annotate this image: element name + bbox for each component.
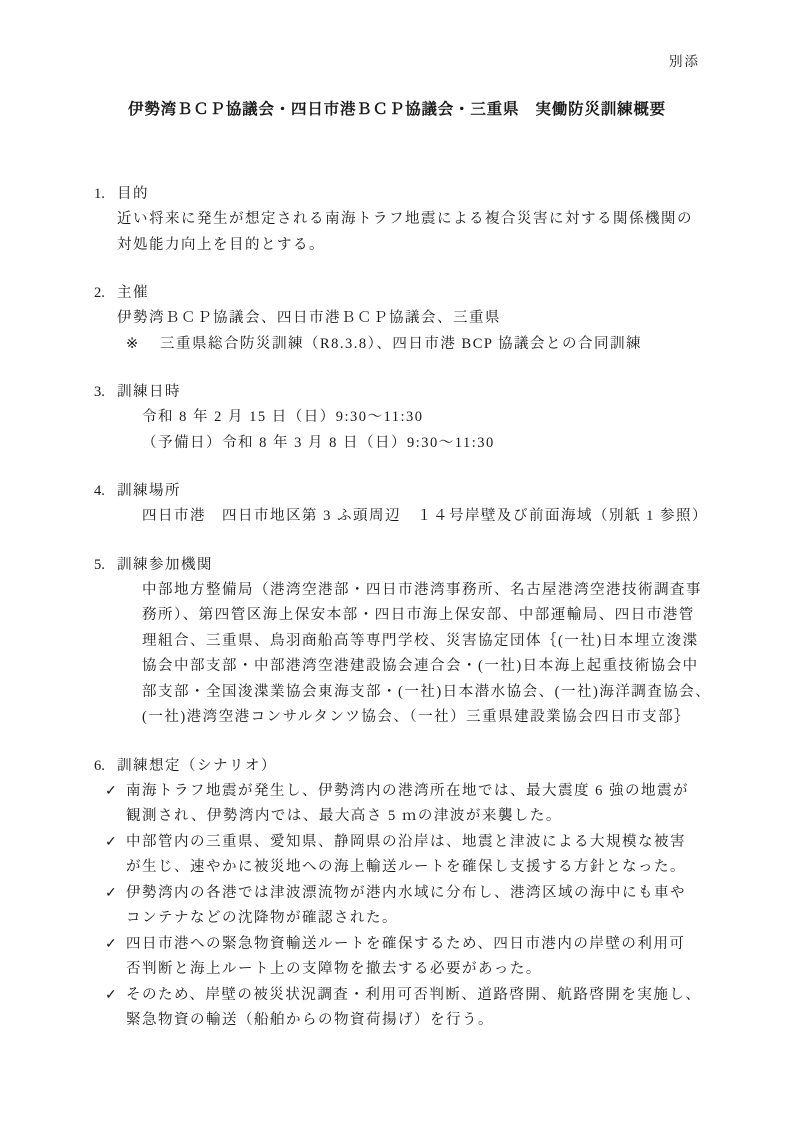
- checkmark-icon: ✓: [105, 779, 126, 830]
- section-organizer: 2. 主催 伊勢湾ＢＣＰ協議会、四日市港ＢＣＰ協議会、三重県 ※ 三重県総合防災…: [94, 280, 700, 357]
- section-number: 3.: [94, 379, 117, 405]
- bullet-text-line: 伊勢湾内の各港では津波漂流物が港内水域に分布し、港湾区域の海中にも車や: [126, 881, 700, 907]
- paragraph-line: 中部地方整備局（港湾空港部・四日市港湾事務所、名古屋港湾空港技術調査事: [142, 578, 700, 604]
- section-number: 4.: [94, 478, 117, 504]
- section-datetime: 3. 訓練日時 令和 8 年 2 月 15 日（日）9:30～11:30 （予備…: [94, 379, 700, 456]
- section-number: 1.: [94, 181, 117, 207]
- checkmark-icon: ✓: [105, 983, 126, 1034]
- paragraph-line: （予備日）令和 8 年 3 月 8 日（日）9:30～11:30: [142, 431, 700, 457]
- section-title: 訓練参加機関: [117, 552, 213, 578]
- paragraph-line: (一社)港湾空港コンサルタンツ協会、（一社）三重県建設業協会四日市支部｝: [142, 705, 700, 731]
- section-heading: 4. 訓練場所: [94, 478, 700, 504]
- paragraph-line: 部支部・全国浚渫業協会東海支部・(一社)日本潜水協会、(一社)海洋調査協会、: [142, 680, 700, 706]
- section-number: 5.: [94, 552, 117, 578]
- bullet-text: 四日市港への緊急物資輸送ルートを確保するため、四日市港内の岸壁の利用可 否判断と…: [126, 932, 700, 983]
- bullet-text: 伊勢湾内の各港では津波漂流物が港内水域に分布し、港湾区域の海中にも車や コンテナ…: [126, 881, 700, 932]
- scenario-bullet: ✓ 伊勢湾内の各港では津波漂流物が港内水域に分布し、港湾区域の海中にも車や コン…: [105, 881, 700, 932]
- section-heading: 2. 主催: [94, 280, 700, 306]
- bullet-text-line: そのため、岸壁の被災状況調査・利用可否判断、道路啓開、航路啓開を実施し、: [126, 983, 701, 1009]
- section-number: 2.: [94, 280, 117, 306]
- paragraph-line: 対処能力向上を目的とする。: [117, 233, 700, 259]
- section-participants: 5. 訓練参加機関 中部地方整備局（港湾空港部・四日市港湾事務所、名古屋港湾空港…: [94, 552, 700, 731]
- corner-label: 別添: [669, 50, 700, 70]
- bullet-text-line: 否判断と海上ルート上の支障物を撤去する必要があった。: [126, 957, 700, 983]
- scenario-bullet: ✓ 南海トラフ地震が発生し、伊勢湾内の港湾所在地では、最大震度 6 強の地震が …: [105, 779, 700, 830]
- scenario-bullet: ✓ 四日市港への緊急物資輸送ルートを確保するため、四日市港内の岸壁の利用可 否判…: [105, 932, 700, 983]
- bullet-text-line: コンテナなどの沈降物が確認された。: [126, 906, 700, 932]
- section-location: 4. 訓練場所 四日市港 四日市地区第 3 ふ頭周辺 １４号岸壁及び前面海域（別…: [94, 478, 700, 530]
- checkmark-icon: ✓: [105, 830, 126, 881]
- checkmark-icon: ✓: [105, 932, 126, 983]
- reference-mark-icon: ※: [126, 332, 160, 358]
- bullet-text: そのため、岸壁の被災状況調査・利用可否判断、道路啓開、航路啓開を実施し、 緊急物…: [126, 983, 701, 1034]
- bullet-text-line: 緊急物資の輸送（船舶からの物資荷揚げ）を行う。: [126, 1008, 701, 1034]
- scenario-bullet: ✓ 中部管内の三重県、愛知県、静岡県の沿岸は、地震と津波による大規模な被害 が生…: [105, 830, 700, 881]
- section-heading: 3. 訓練日時: [94, 379, 700, 405]
- bullet-text-line: 南海トラフ地震が発生し、伊勢湾内の港湾所在地では、最大震度 6 強の地震が: [126, 779, 700, 805]
- paragraph-line: 四日市港 四日市地区第 3 ふ頭周辺 １４号岸壁及び前面海域（別紙 1 参照）: [142, 504, 700, 530]
- paragraph-line: 近い将来に発生が想定される南海トラフ地震による複合災害に対する関係機関の: [117, 207, 700, 233]
- section-heading: 6. 訓練想定（シナリオ）: [94, 753, 700, 779]
- paragraph-line: 協会中部支部・中部港湾空港建設協会連合会・(一社)日本海上起重技術協会中: [142, 654, 700, 680]
- section-title: 訓練想定（シナリオ）: [117, 753, 277, 779]
- paragraph-line: 務所）、第四管区海上保安本部・四日市海上保安部、中部運輸局、四日市港管: [142, 603, 700, 629]
- paragraph-line: 伊勢湾ＢＣＰ協議会、四日市港ＢＣＰ協議会、三重県: [117, 306, 700, 332]
- section-purpose: 1. 目的 近い将来に発生が想定される南海トラフ地震による複合災害に対する関係機…: [94, 181, 700, 258]
- bullet-text: 中部管内の三重県、愛知県、静岡県の沿岸は、地震と津波による大規模な被害 が生じ、…: [126, 830, 700, 881]
- paragraph-line: 令和 8 年 2 月 15 日（日）9:30～11:30: [142, 405, 700, 431]
- bullet-text-line: 四日市港への緊急物資輸送ルートを確保するため、四日市港内の岸壁の利用可: [126, 932, 700, 958]
- section-title: 訓練場所: [117, 478, 181, 504]
- bullet-text-line: 観測され、伊勢湾内では、最大高さ 5 ｍの津波が来襲した。: [126, 804, 700, 830]
- section-heading: 5. 訓練参加機関: [94, 552, 700, 578]
- bullet-text: 南海トラフ地震が発生し、伊勢湾内の港湾所在地では、最大震度 6 強の地震が 観測…: [126, 779, 700, 830]
- bullet-text-line: 中部管内の三重県、愛知県、静岡県の沿岸は、地震と津波による大規模な被害: [126, 830, 700, 856]
- section-heading: 1. 目的: [94, 181, 700, 207]
- note-line: ※ 三重県総合防災訓練（R8.3.8）、四日市港 BCP 協議会との合同訓練: [126, 332, 700, 358]
- section-title: 目的: [117, 181, 149, 207]
- document-page: 別添 伊勢湾ＢＣＰ協議会・四日市港ＢＣＰ協議会・三重県 実働防災訓練概要 1. …: [0, 0, 794, 1123]
- scenario-bullet: ✓ そのため、岸壁の被災状況調査・利用可否判断、道路啓開、航路啓開を実施し、 緊…: [105, 983, 700, 1034]
- document-body: 1. 目的 近い将来に発生が想定される南海トラフ地震による複合災害に対する関係機…: [94, 181, 700, 1034]
- section-title: 訓練日時: [117, 379, 181, 405]
- section-number: 6.: [94, 753, 117, 779]
- checkmark-icon: ✓: [105, 881, 126, 932]
- section-scenario: 6. 訓練想定（シナリオ） ✓ 南海トラフ地震が発生し、伊勢湾内の港湾所在地では…: [94, 753, 700, 1034]
- document-title: 伊勢湾ＢＣＰ協議会・四日市港ＢＣＰ協議会・三重県 実働防災訓練概要: [94, 97, 700, 119]
- section-title: 主催: [117, 280, 149, 306]
- note-text: 三重県総合防災訓練（R8.3.8）、四日市港 BCP 協議会との合同訓練: [160, 332, 642, 358]
- bullet-text-line: が生じ、速やかに被災地への海上輸送ルートを確保し支援する方針となった。: [126, 855, 700, 881]
- paragraph-line: 理組合、三重県、鳥羽商船高等専門学校、災害協定団体｛(一社)日本埋立浚渫: [142, 629, 700, 655]
